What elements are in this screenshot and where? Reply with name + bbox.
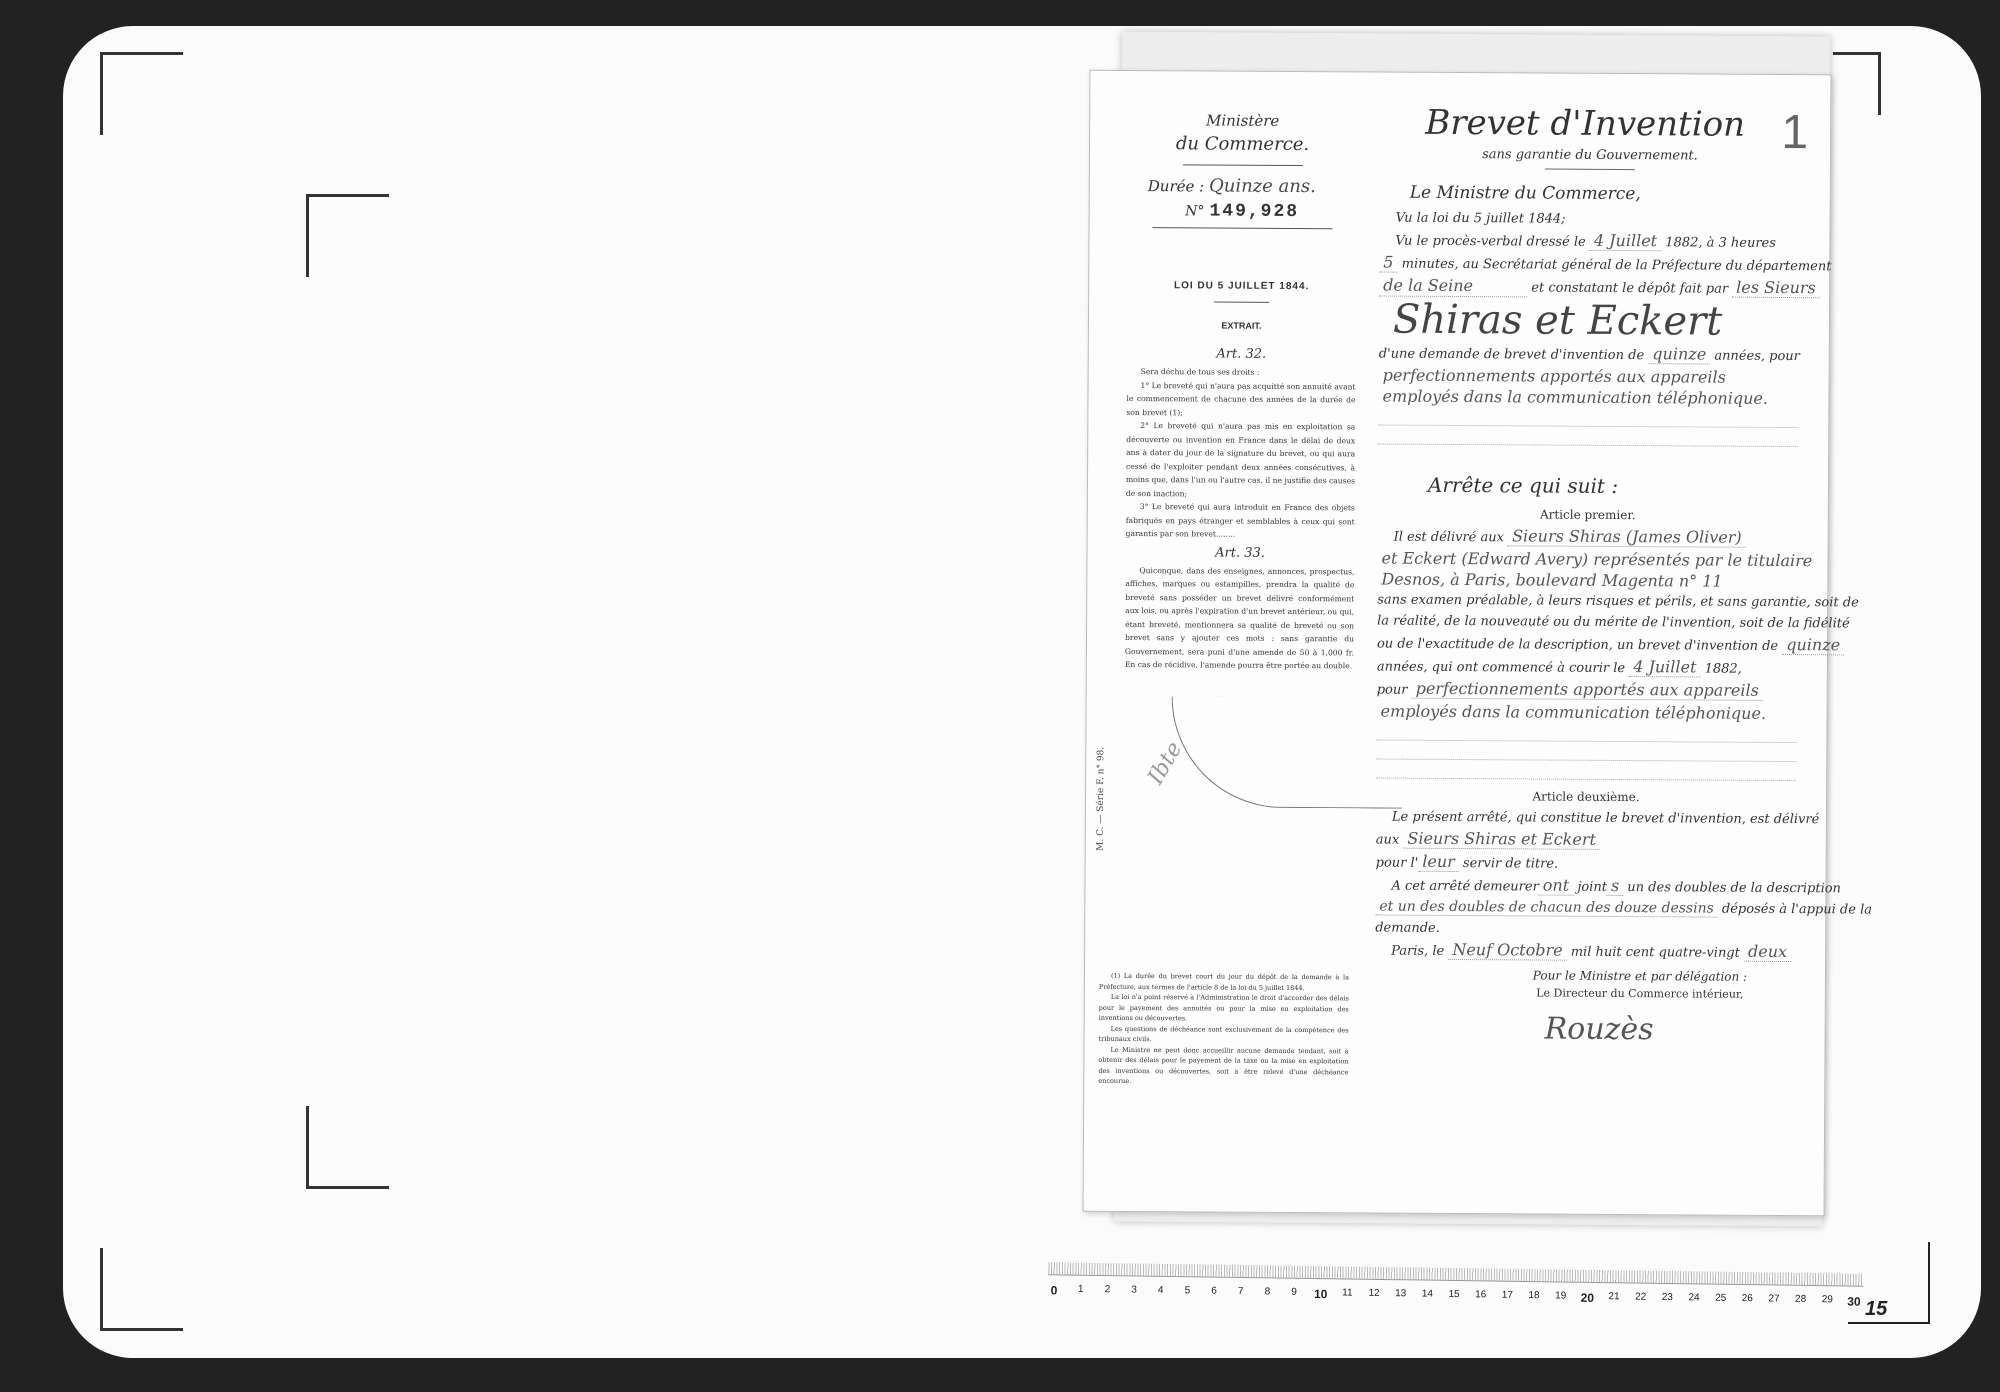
footnote-paragraph: Le Ministre ne peut donc accueillir aucu…: [1098, 1044, 1348, 1088]
article-1-year: 1882,: [1705, 662, 1742, 677]
ruler-tick-label: 28: [1795, 1294, 1806, 1305]
article-1-line: Il est délivré aux Sieurs Shiras (James …: [1378, 525, 1798, 551]
ruler-tick-label: 20: [1581, 1291, 1595, 1305]
measurement-ruler: 0123456789101112131415161718192021222324…: [1048, 1262, 1864, 1331]
folio-number: 1: [1781, 105, 1808, 160]
article-1-objet-line: employés dans la communication téléphoni…: [1377, 701, 1797, 725]
ruler-tick-label: 5: [1185, 1285, 1191, 1296]
article-32-text: Sera déchu de tous ses droits : 1° Le br…: [1118, 365, 1364, 542]
blank-line: [1378, 407, 1798, 429]
serie-label: M. C. — Série F. n° 98.: [1096, 747, 1107, 851]
ruler-tick-label: 23: [1662, 1292, 1673, 1303]
blank-line: [1376, 722, 1796, 744]
pv-minutes-line: 5 minutes, au Secrétariat général de la …: [1379, 252, 1799, 278]
article-2-text: A cet arrêté demeurer: [1391, 879, 1538, 895]
article-33-title: Art. 33.: [1118, 544, 1363, 560]
article-1-body-text: ou de l'exactitude de la description, un…: [1377, 637, 1778, 654]
law-paragraph: Sera déchu de tous ses droits :: [1127, 365, 1356, 380]
divider: [1214, 302, 1269, 303]
article-2-line: et un des doubles de chacun des douze de…: [1375, 897, 1795, 921]
document-subtitle: sans garantie du Gouvernement.: [1380, 147, 1800, 165]
pv-date: 4 Juillet: [1590, 231, 1661, 251]
article-2-text: un des doubles de la description: [1627, 880, 1841, 896]
article-2-ms: ont: [1539, 876, 1573, 896]
article-2-line: Le présent arrêté, qui constitue le brev…: [1376, 807, 1796, 831]
pv-minutes: 5: [1379, 253, 1397, 273]
ruler-tick-label: 7: [1238, 1286, 1244, 1297]
article-2-ms: s: [1607, 876, 1623, 896]
objet-line: perfectionnements apportés aux appareils: [1379, 365, 1799, 389]
ruler-tick-label: 4: [1158, 1285, 1164, 1296]
arrete-heading: Arrête ce qui suit :: [1428, 473, 1798, 499]
numero-label: N°: [1185, 203, 1204, 219]
ruler-tick-label: 30: [1847, 1294, 1861, 1308]
directeur-line: Le Directeur du Commerce intérieur,: [1485, 986, 1795, 1001]
divider: [1182, 164, 1302, 166]
date-line: Paris, le Neuf Octobre mil huit cent qua…: [1375, 939, 1795, 965]
plate-underline: [1848, 1322, 1930, 1324]
ruler-tick-label: 24: [1688, 1292, 1699, 1303]
pv-year: 1882, à 3 heures: [1665, 235, 1776, 251]
article-2-line: A cet arrêté demeureront joints un des d…: [1375, 874, 1795, 900]
proces-verbal-line: Vu le procès-verbal dressé le 4 Juillet …: [1379, 229, 1799, 255]
article-1-annees: années, qui ont commencé à courir le: [1377, 660, 1625, 677]
blank-line: [1376, 760, 1796, 782]
pv-rest: minutes, au Secrétariat général de la Pr…: [1402, 257, 1832, 275]
crop-mark-inner-bottom-left: [306, 1106, 389, 1189]
article-1-holders: Sieurs Shiras (James Oliver): [1508, 526, 1746, 547]
footnote-paragraph: Les questions de déchéance sont exclusiv…: [1099, 1023, 1349, 1046]
article-33-text: Quiconque, dans des enseignes, annonces,…: [1117, 563, 1363, 672]
ministere-label: Ministère: [1120, 111, 1365, 130]
ruler-tick-label: 14: [1422, 1289, 1433, 1300]
law-paragraph: 2° Le breveté qui n'aura pas mis en expl…: [1126, 419, 1355, 501]
article-2-text: servir de titre.: [1463, 856, 1558, 872]
date-year-ms: deux: [1744, 942, 1791, 962]
minister-heading: Le Ministre du Commerce,: [1410, 183, 1800, 206]
article-1-line: Desnos, à Paris, boulevard Magenta n° 11: [1377, 569, 1797, 593]
crop-mark-bottom-left: [100, 1248, 183, 1331]
article-2-line: pour l'leur servir de titre.: [1376, 851, 1796, 877]
article-2-ms: et un des doubles de chacun des douze de…: [1375, 899, 1718, 918]
commerce-label: du Commerce.: [1120, 133, 1365, 155]
article-2-aux: aux: [1376, 833, 1400, 848]
ruler-tick-label: 8: [1265, 1286, 1271, 1297]
article-1-date: 4 Juillet: [1629, 657, 1700, 677]
duree-value: Quinze ans.: [1209, 175, 1316, 197]
article-2-title: Article deuxième.: [1376, 789, 1796, 806]
article-2-ms: leur: [1418, 852, 1459, 872]
article-2-holders: Sieurs Shiras et Eckert: [1403, 829, 1600, 850]
law-paragraph: 1° Le breveté qui n'aura pas acquitté so…: [1126, 378, 1355, 420]
blank-line: [1378, 426, 1798, 448]
crop-mark-top-right: [1833, 52, 1881, 115]
ruler-tick-label: 9: [1291, 1287, 1297, 1298]
right-column: Brevet d'Invention 1 sans garantie du Go…: [1375, 103, 1801, 1049]
article-1-date-line: années, qui ont commencé à courir le 4 J…: [1377, 655, 1797, 681]
objet-line: employés dans la communication téléphoni…: [1378, 386, 1798, 410]
constatant-text: et constatant le dépôt fait par: [1531, 280, 1728, 296]
brevet-number: 149,928: [1209, 201, 1299, 222]
blank-line: [1376, 741, 1796, 763]
article-1-title: Article premier.: [1378, 507, 1798, 524]
duree-label: Durée :: [1148, 177, 1205, 195]
article-2-text: déposés à l'appui de la: [1722, 902, 1872, 918]
law-paragraph: Quiconque, dans des enseignes, annonces,…: [1125, 563, 1355, 672]
ruler-tick-label: 6: [1211, 1286, 1217, 1297]
article-1-duree: quinze: [1782, 635, 1844, 655]
ruler-tick-label: 0: [1051, 1283, 1058, 1297]
par-sieurs: les Sieurs: [1732, 278, 1820, 299]
crop-mark-inner-top-left: [306, 194, 389, 277]
plate-number: 15: [1865, 1298, 1887, 1321]
ruler-tick-label: 15: [1448, 1289, 1459, 1300]
demande-suffix: années, pour: [1714, 349, 1800, 365]
article-1-body: ou de l'exactitude de la description, un…: [1377, 632, 1797, 658]
duree-row: Durée : Quinze ans.: [1120, 175, 1365, 197]
vu-loi: Vu la loi du 5 juillet 1844;: [1380, 208, 1800, 232]
ruler-tick-label: 22: [1635, 1292, 1646, 1303]
demande-line: d'une demande de brevet d'invention de q…: [1379, 342, 1799, 368]
article-2-text: pour l': [1376, 856, 1419, 871]
crop-mark-top-left: [100, 52, 183, 135]
signature: Rouzès: [1545, 1012, 1795, 1049]
pv-prefix: Vu le procès-verbal dressé le: [1395, 234, 1585, 250]
article-1-pre: Il est délivré aux: [1394, 530, 1504, 546]
delegation-line: Pour le Ministre et par délégation :: [1485, 968, 1795, 984]
ruler-tick-label: 26: [1742, 1293, 1753, 1304]
numero-row: N° 149,928: [1120, 200, 1365, 222]
document-title: Brevet d'Invention: [1370, 102, 1800, 145]
ruler-tick-label: 21: [1608, 1291, 1619, 1302]
divider: [1152, 227, 1332, 229]
date-prefix: Paris, le: [1391, 944, 1444, 959]
ruler-tick-label: 29: [1822, 1294, 1833, 1305]
article-2-line: aux Sieurs Shiras et Eckert: [1376, 828, 1796, 854]
loi-title: LOI DU 5 JUILLET 1844.: [1119, 280, 1364, 292]
date-year-text: mil huit cent quatre-vingt: [1571, 945, 1740, 961]
article-32-title: Art. 32.: [1119, 346, 1364, 362]
footnote: (1) La durée du brevet court du jour du …: [1098, 971, 1349, 1088]
demande-prefix: d'une demande de brevet d'invention de: [1379, 347, 1645, 364]
applicant-names: Shiras et Eckert: [1379, 298, 1799, 345]
left-column: Ministère du Commerce. Durée : Quinze an…: [1117, 111, 1365, 673]
footnote-paragraph: La loi n'a point réservé à l'Administrat…: [1099, 992, 1349, 1025]
departement-value: de la Seine: [1379, 275, 1527, 298]
article-1-body: la réalité, de la nouveauté ou du mérite…: [1377, 611, 1797, 635]
ruler-tick-label: 16: [1475, 1289, 1486, 1300]
ruler-tick-label: 12: [1368, 1288, 1379, 1299]
ruler-tick-label: 3: [1131, 1284, 1137, 1295]
article-1-body: sans examen préalable, à leurs risques e…: [1377, 590, 1797, 614]
article-2-text: joint: [1577, 880, 1607, 895]
demande-duree: quinze: [1648, 344, 1710, 364]
ruler-tick-label: 10: [1314, 1287, 1328, 1301]
date-day-month: Neuf Octobre: [1448, 940, 1566, 961]
plate-marker: [1928, 1242, 1930, 1324]
ruler-tick-label: 13: [1395, 1288, 1406, 1299]
ruler-tick-label: 27: [1768, 1293, 1779, 1304]
article-1-objet-line: pour perfectionnements apportés aux appa…: [1377, 678, 1797, 704]
ruler-tick-label: 25: [1715, 1293, 1726, 1304]
divider: [1545, 169, 1635, 171]
ruler-tick-label: 18: [1528, 1290, 1539, 1301]
patent-document: Ministère du Commerce. Durée : Quinze an…: [1083, 70, 1832, 1217]
law-paragraph: 3° Le breveté qui aura introduit en Fran…: [1126, 500, 1355, 542]
ruler-tick-label: 1: [1078, 1284, 1084, 1295]
article-1-pour: pour: [1377, 683, 1408, 698]
article-1-objet: perfectionnements apportés aux appareils: [1412, 679, 1763, 701]
ruler-tick-label: 2: [1105, 1284, 1111, 1295]
article-1-line: et Eckert (Edward Avery) représentés par…: [1377, 548, 1797, 572]
ruler-tick-label: 19: [1555, 1290, 1566, 1301]
extrait-label: EXTRAIT.: [1119, 320, 1364, 331]
article-2-line: demande.: [1375, 918, 1795, 942]
ruler-tick-label: 11: [1342, 1287, 1353, 1298]
ruler-tick-label: 17: [1502, 1290, 1513, 1301]
footnote-paragraph: (1) La durée du brevet court du jour du …: [1099, 971, 1349, 994]
